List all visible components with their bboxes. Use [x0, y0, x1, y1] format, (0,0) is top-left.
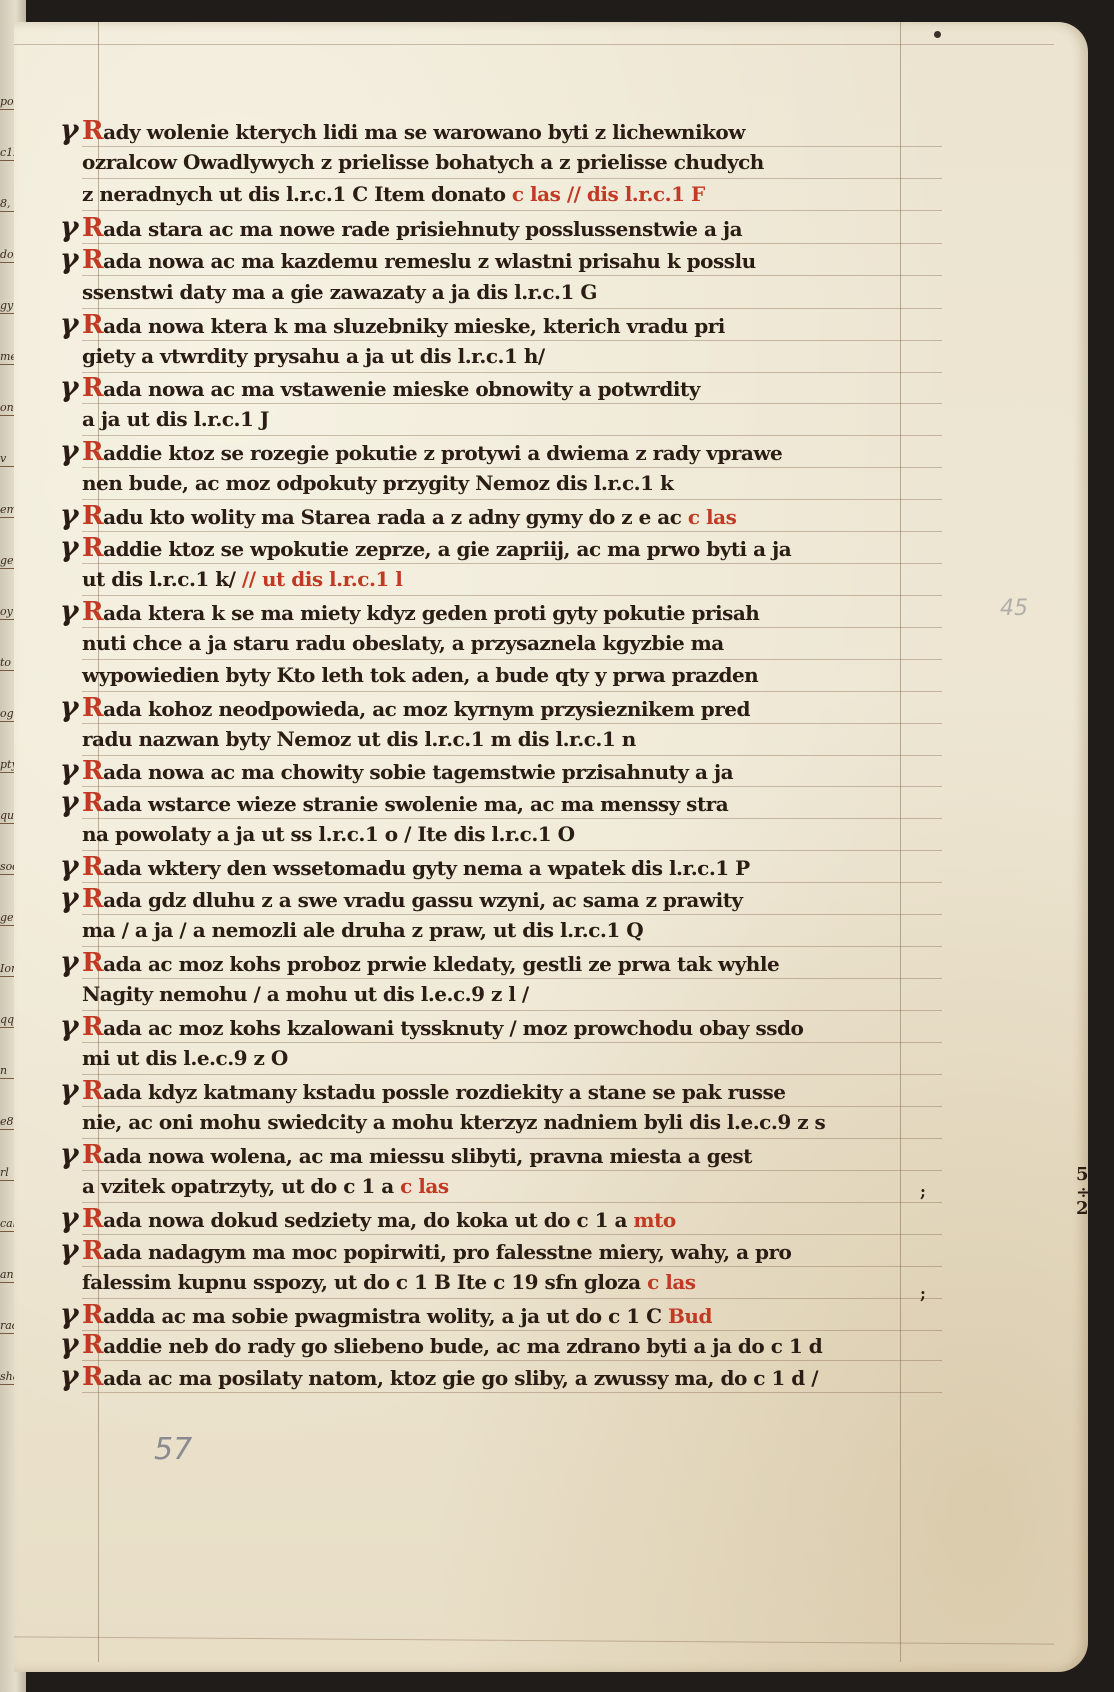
bottom-rule — [14, 1636, 1054, 1644]
line-text: ada wstarce wieze stranie swolenie ma, a… — [103, 792, 728, 816]
text-line: falessim kupnu sspozy, ut do c 1 B Ite c… — [82, 1266, 942, 1299]
rubricated-initial: R — [82, 693, 103, 723]
rubricated-initial: R — [82, 1204, 103, 1234]
text-line: γRada stara ac ma nowe rade prisiehnuty … — [82, 211, 942, 244]
paragraph-mark: γ — [60, 882, 82, 914]
rubricated-initial: R — [82, 245, 103, 275]
text-line: γRaddie neb do rady go sliebeno bude, ac… — [82, 1328, 942, 1361]
paragraph-mark: γ — [60, 786, 82, 818]
rubric-annotation: Bud — [662, 1304, 712, 1328]
rubricated-initial: R — [82, 116, 103, 146]
paragraph-mark: γ — [60, 1074, 82, 1106]
rubricated-initial: R — [82, 597, 103, 627]
line-text: ut dis l.r.c.1 k/ — [82, 567, 235, 591]
text-line: γRada ac ma posilaty natom, ktoz gie go … — [82, 1360, 942, 1393]
rubricated-initial: R — [82, 437, 103, 467]
rubricated-initial: R — [82, 1362, 103, 1392]
paragraph-mark: γ — [60, 308, 82, 340]
line-text: ada ac ma posilaty natom, ktoz gie go sl… — [103, 1366, 818, 1390]
paragraph-mark: γ — [60, 754, 82, 786]
line-text: falessim kupnu sspozy, ut do c 1 B Ite c… — [82, 1270, 641, 1294]
text-line: γRaddie ktoz se rozegie pokutie z protyw… — [82, 435, 942, 468]
rubricated-initial: R — [82, 852, 103, 882]
rubric-annotation: // ut dis l.r.c.1 l — [235, 567, 402, 591]
line-text: a vzitek opatrzyty, ut do c 1 a — [82, 1174, 394, 1198]
line-text: addie neb do rady go sliebeno bude, ac m… — [103, 1334, 822, 1358]
line-text: ada nowa wolena, ac ma miessu slibyti, p… — [103, 1144, 752, 1168]
text-line: giety a vtwrdity prysahu a ja ut dis l.r… — [82, 340, 942, 373]
line-text: ma / a ja / a nemozli ale druha z praw, … — [82, 918, 643, 942]
rubricated-initial: R — [82, 1076, 103, 1106]
rubricated-initial: R — [82, 533, 103, 563]
line-text: ada nowa dokud sedziety ma, do koka ut d… — [103, 1208, 627, 1232]
paragraph-mark: γ — [60, 114, 82, 146]
line-text: addie ktoz se wpokutie zeprze, a gie zap… — [103, 537, 791, 561]
text-line: γRaddie ktoz se wpokutie zeprze, a gie z… — [82, 531, 942, 564]
line-text: nie, ac oni mohu swiedcity a mohu kterzy… — [82, 1110, 825, 1134]
paragraph-mark: γ — [60, 595, 82, 627]
text-line: mi ut dis l.e.c.9 z O — [82, 1042, 942, 1075]
line-text: radu nazwan byty Nemoz ut dis l.r.c.1 m … — [82, 727, 636, 751]
line-text: ada gdz dluhu z a swe vradu gassu wzyni,… — [103, 888, 742, 912]
text-line: γRady wolenie kterych lidi ma se warowan… — [82, 114, 942, 147]
text-line: a ja ut dis l.r.c.1 J — [82, 403, 942, 436]
text-line: γRada nowa ac ma vstawenie mieske obnowi… — [82, 371, 942, 404]
text-line: nen bude, ac moz odpokuty przygity Nemoz… — [82, 467, 942, 500]
text-line: a vzitek opatrzyty, ut do c 1 a c las — [82, 1170, 942, 1203]
text-line: γRada wktery den wssetomadu gyty nema a … — [82, 850, 942, 883]
line-text: addie ktoz se rozegie pokutie z protywi … — [103, 441, 782, 465]
text-line: ma / a ja / a nemozli ale druha z praw, … — [82, 914, 942, 947]
rubricated-initial: R — [82, 213, 103, 243]
pencil-folio-number: 57 — [154, 1432, 192, 1467]
text-line: z neradnych ut dis l.r.c.1 C Item donato… — [82, 178, 942, 211]
line-text: ada nowa ac ma vstawenie mieske obnowity… — [103, 377, 700, 401]
rubric-annotation: mto — [627, 1208, 676, 1232]
paragraph-mark: γ — [60, 371, 82, 403]
text-line: γRada wstarce wieze stranie swolenie ma,… — [82, 786, 942, 819]
paragraph-mark: γ — [60, 1202, 82, 1234]
line-text: wypowiedien byty Kto leth tok aden, a bu… — [82, 663, 758, 687]
paragraph-mark: γ — [60, 243, 82, 275]
line-text: ada nowa ktera k ma sluzebniky mieske, k… — [103, 314, 725, 338]
paragraph-mark: γ — [60, 850, 82, 882]
text-line: γRada ktera k se ma miety kdyz geden pro… — [82, 595, 942, 628]
text-line: γRada nowa ac ma kazdemu remeslu z wlast… — [82, 243, 942, 276]
text-line: ozralcow Owadlywych z prielisse bohatych… — [82, 146, 942, 179]
rubricated-initial: R — [82, 756, 103, 786]
paragraph-mark: γ — [60, 435, 82, 467]
rubricated-initial: R — [82, 1300, 103, 1330]
text-line: ssenstwi daty ma a gie zawazaty a ja dis… — [82, 276, 942, 309]
paragraph-mark: γ — [60, 691, 82, 723]
line-text: ada stara ac ma nowe rade prisiehnuty po… — [103, 217, 742, 241]
line-text: ada nowa ac ma kazdemu remeslu z wlastni… — [103, 249, 756, 273]
text-line: γRada kohoz neodpowieda, ac moz kyrnym p… — [82, 691, 942, 724]
text-line: γRada nadagym ma moc popirwiti, pro fale… — [82, 1234, 942, 1267]
line-text: ada nadagym ma moc popirwiti, pro faless… — [103, 1240, 791, 1264]
text-line: ut dis l.r.c.1 k/ // ut dis l.r.c.1 l — [82, 563, 942, 596]
line-text: z neradnych ut dis l.r.c.1 C Item donato — [82, 182, 505, 206]
paragraph-mark: γ — [60, 1328, 82, 1360]
line-text: ada ktera k se ma miety kdyz geden proti… — [103, 601, 759, 625]
margin-semicolon-2: ; — [920, 1284, 926, 1303]
line-text: ady wolenie kterych lidi ma se warowano … — [103, 120, 745, 144]
text-line: γRada gdz dluhu z a swe vradu gassu wzyn… — [82, 882, 942, 915]
paragraph-mark: γ — [60, 946, 82, 978]
line-text: na powolaty a ja ut ss l.r.c.1 o / Ite d… — [82, 822, 575, 846]
text-line: γRadda ac ma sobie pwagmistra wolity, a … — [82, 1298, 942, 1331]
paragraph-mark: γ — [60, 499, 82, 531]
line-text: nuti chce a ja staru radu obeslaty, a pr… — [82, 631, 724, 655]
manuscript-page: γRady wolenie kterych lidi ma se warowan… — [14, 22, 1088, 1672]
line-text: ada kdyz katmany kstadu possle rozdiekit… — [103, 1080, 785, 1104]
paragraph-mark: γ — [60, 531, 82, 563]
margin-semicolon-1: ; — [920, 1182, 926, 1201]
text-line: nie, ac oni mohu swiedcity a mohu kterzy… — [82, 1106, 942, 1139]
paragraph-mark: γ — [60, 1010, 82, 1042]
text-line: γRada nowa ktera k ma sluzebniky mieske,… — [82, 308, 942, 341]
paragraph-mark: γ — [60, 1298, 82, 1330]
line-text: adu kto wolity ma Starea rada a z adny g… — [103, 505, 681, 529]
pin-hole — [934, 31, 941, 38]
top-rule — [14, 44, 1054, 45]
text-line: γRada ac moz kohs proboz prwie kledaty, … — [82, 946, 942, 979]
text-line: γRada nowa wolena, ac ma miessu slibyti,… — [82, 1138, 942, 1171]
rubricated-initial: R — [82, 1330, 103, 1360]
text-line: na powolaty a ja ut ss l.r.c.1 o / Ite d… — [82, 818, 942, 851]
text-line: wypowiedien byty Kto leth tok aden, a bu… — [82, 659, 942, 692]
right-margin-mark-3: 2 — [1076, 1198, 1089, 1219]
rubricated-initial: R — [82, 1140, 103, 1170]
paragraph-mark: γ — [60, 211, 82, 243]
text-line: nuti chce a ja staru radu obeslaty, a pr… — [82, 627, 942, 660]
line-text: ada ac moz kohs proboz prwie kledaty, ge… — [103, 952, 779, 976]
rubric-annotation: c las — [681, 505, 736, 529]
line-text: nen bude, ac moz odpokuty przygity Nemoz… — [82, 471, 673, 495]
rubricated-initial: R — [82, 1012, 103, 1042]
rubricated-initial: R — [82, 948, 103, 978]
text-line: γRada nowa ac ma chowity sobie tagemstwi… — [82, 754, 942, 787]
line-text: Nagity nemohu / a mohu ut dis l.e.c.9 z … — [82, 982, 529, 1006]
line-text: mi ut dis l.e.c.9 z O — [82, 1046, 288, 1070]
text-line: γRada kdyz katmany kstadu possle rozdiek… — [82, 1074, 942, 1107]
rubricated-initial: R — [82, 788, 103, 818]
text-line: γRada nowa dokud sedziety ma, do koka ut… — [82, 1202, 942, 1235]
pencil-margin-note: 45 — [1000, 596, 1028, 621]
line-text: ozralcow Owadlywych z prielisse bohatych… — [82, 150, 764, 174]
rubric-annotation: c las // dis l.r.c.1 F — [505, 182, 704, 206]
rubricated-initial: R — [82, 884, 103, 914]
line-text: ssenstwi daty ma a gie zawazaty a ja dis… — [82, 280, 597, 304]
text-line: γRada ac moz kohs kzalowani tyssknuty / … — [82, 1010, 942, 1043]
rubricated-initial: R — [82, 501, 103, 531]
text-line: Nagity nemohu / a mohu ut dis l.e.c.9 z … — [82, 978, 942, 1011]
line-text: adda ac ma sobie pwagmistra wolity, a ja… — [103, 1304, 661, 1328]
rubricated-initial: R — [82, 310, 103, 340]
text-line: radu nazwan byty Nemoz ut dis l.r.c.1 m … — [82, 723, 942, 756]
line-text: giety a vtwrdity prysahu a ja ut dis l.r… — [82, 344, 545, 368]
line-text: ada ac moz kohs kzalowani tyssknuty / mo… — [103, 1016, 803, 1040]
line-text: ada wktery den wssetomadu gyty nema a wp… — [103, 856, 750, 880]
line-text: a ja ut dis l.r.c.1 J — [82, 407, 269, 431]
paragraph-mark: γ — [60, 1138, 82, 1170]
rubricated-initial: R — [82, 1236, 103, 1266]
rubricated-initial: R — [82, 373, 103, 403]
line-text: ada kohoz neodpowieda, ac moz kyrnym prz… — [103, 697, 750, 721]
paragraph-mark: γ — [60, 1360, 82, 1392]
line-text: ada nowa ac ma chowity sobie tagemstwie … — [103, 760, 733, 784]
paragraph-mark: γ — [60, 1234, 82, 1266]
rubric-annotation: c las — [641, 1270, 696, 1294]
text-line: γRadu kto wolity ma Starea rada a z adny… — [82, 499, 942, 532]
rubric-annotation: c las — [394, 1174, 449, 1198]
